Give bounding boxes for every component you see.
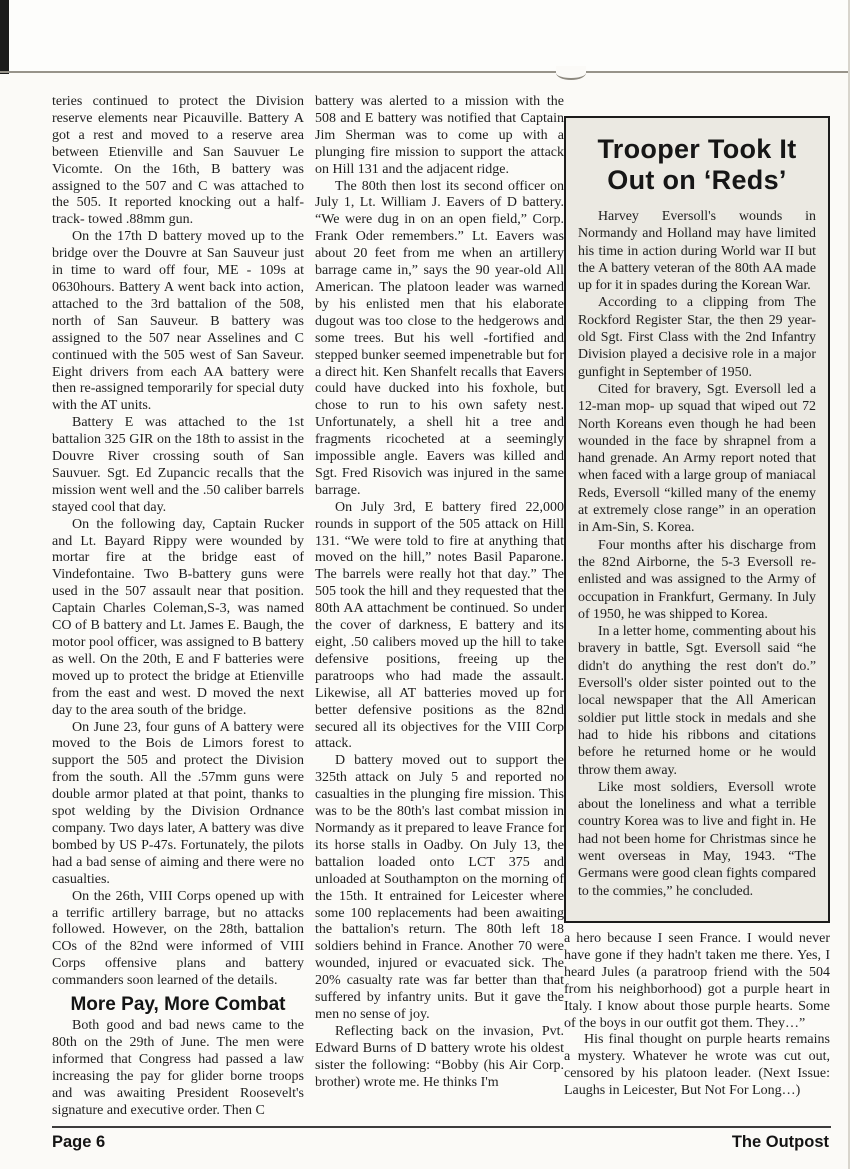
article-paragraph: On the 26th, VIII Corps opened up with a… [52, 889, 304, 990]
publication-title: The Outpost [732, 1133, 829, 1152]
article-paragraph: battery was alerted to a mission with th… [315, 94, 564, 179]
article-paragraph: On June 23, four guns of A battery were … [52, 720, 304, 889]
article-paragraph: Reflecting back on the invasion, Pvt. Ed… [315, 1024, 564, 1092]
sidebar-article-box: Trooper Took It Out on ‘Reds’ Harvey Eve… [564, 116, 830, 923]
article-paragraph: On July 3rd, E battery fired 22,000 roun… [315, 500, 564, 754]
article-paragraph: Both good and bad news came to the 80th … [52, 1018, 304, 1119]
article-paragraph: His final thought on purple hearts remai… [564, 1032, 830, 1100]
article-paragraph: On the 17th D battery moved up to the br… [52, 229, 304, 415]
scan-page-top [9, 0, 850, 71]
sidebar-paragraph: Four months after his discharge from the… [578, 537, 816, 623]
sidebar-paragraph: Harvey Eversoll's wounds in Normandy and… [578, 208, 816, 294]
sidebar-paragraph: Like most soldiers, Eversoll wrote about… [578, 779, 816, 900]
article-paragraph: On the following day, Captain Rucker and… [52, 517, 304, 720]
sidebar-paragraph: In a letter home, commenting about his b… [578, 623, 816, 779]
scan-edge-strip [0, 0, 9, 74]
article-column-left: teries continued to protect the Division… [52, 94, 304, 1128]
article-column-middle: battery was alerted to a mission with th… [315, 94, 564, 1128]
article-paragraph: D battery moved out to support the 325th… [315, 753, 564, 1024]
scan-fold-curl [556, 66, 586, 80]
scanned-newsletter-page: { "footer": { "page_number": "Page 6", "… [0, 0, 850, 1169]
sidebar-article-title: Trooper Took It Out on ‘Reds’ [578, 134, 816, 196]
page-number: Page 6 [52, 1133, 105, 1152]
article-column-right: Trooper Took It Out on ‘Reds’ Harvey Eve… [564, 94, 830, 1128]
article-paragraph: Battery E was attached to the 1st battal… [52, 415, 304, 516]
article-paragraph: teries continued to protect the Division… [52, 94, 304, 229]
sidebar-paragraph: Cited for bravery, Sgt. Eversoll led a 1… [578, 381, 816, 537]
article-paragraph: a hero because I seen France. I would ne… [564, 931, 830, 1032]
section-heading: More Pay, More Combat [52, 993, 304, 1016]
scan-fold-line [0, 71, 850, 73]
footer-rule [52, 1126, 831, 1128]
sidebar-paragraph: According to a clipping from The Rockfor… [578, 294, 816, 380]
article-paragraph: The 80th then lost its second officer on… [315, 179, 564, 500]
